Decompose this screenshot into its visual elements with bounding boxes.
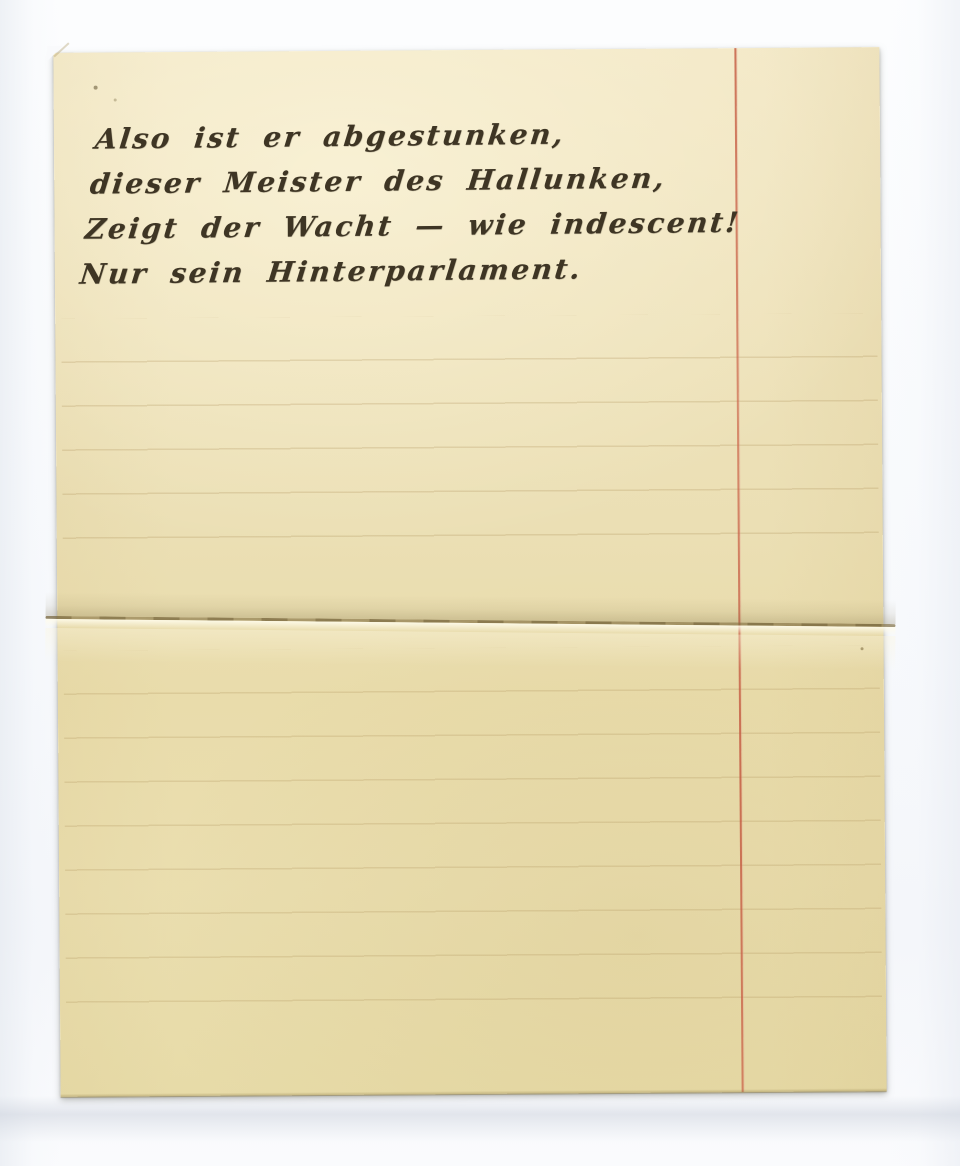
scan-shading-left — [0, 0, 60, 1166]
handwritten-line-3: Zeigt der Wacht — wie indescent! — [83, 200, 743, 252]
fold-crease — [45, 592, 896, 670]
scanned-document: Also ist er abgestunken, dieser Meister … — [0, 0, 960, 1166]
handwritten-line-2: dieser Meister des Hallunken, — [88, 155, 748, 207]
scan-shadow-below-paper — [0, 1096, 960, 1142]
paper-speck — [94, 86, 98, 90]
ruled-lines-lower — [64, 645, 883, 1023]
handwritten-line-1: Also ist er abgestunken, — [93, 110, 753, 162]
paper-speck — [114, 98, 117, 101]
handwritten-verse: Also ist er abgestunken, dieser Meister … — [78, 110, 753, 297]
paper-speck — [861, 647, 864, 650]
handwritten-line-4: Nur sein Hinterparlament. — [78, 245, 738, 297]
scan-shading-right — [890, 0, 960, 1166]
paper-sheet: Also ist er abgestunken, dieser Meister … — [53, 47, 886, 1097]
ruled-lines-upper — [61, 313, 879, 574]
